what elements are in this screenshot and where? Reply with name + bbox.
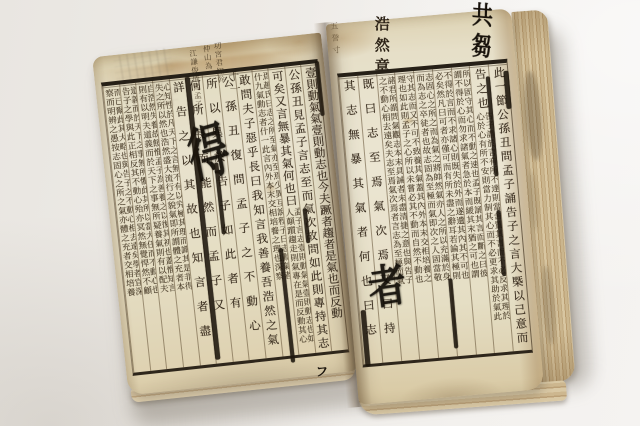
book: 㓛宮君知幹 仲山為 江謙俊儀問孟子 十一 壹則動氣氣壹則動志也今夫蹶者趨者是氣也…	[87, 0, 590, 426]
ink-bleed-smudge	[540, 265, 558, 346]
left-text-block: 壹則動氣氣壹則動志也今夫蹶者趨者是氣也而反動公孫丑見孟子言志至而氣次故問如此則專…	[101, 59, 350, 376]
ink-bleed-smudge	[522, 70, 545, 161]
margin-note: 仲山為	[202, 45, 212, 71]
handwritten-overlay-character: 得	[180, 118, 230, 186]
photo-backdrop: 㓛宮君知幹 仲山為 江謙俊儀問孟子 十一 壹則動氣氣壹則動志也今夫蹶者趨者是氣也…	[0, 0, 640, 426]
right-page: 五誉寸 浩然章 共芻 此一節公孫丑問孟子誦告子之言大槩以己意而告之也告子謂於言有…	[326, 8, 545, 405]
fore-edge-inscription: 共芻	[470, 1, 493, 65]
handwritten-overlay-character: 者	[362, 260, 405, 310]
left-page: 㓛宮君知幹 仲山為 江謙俊儀問孟子 十一 壹則動氣氣壹則動志也今夫蹶者趨者是氣也…	[92, 33, 357, 396]
margin-note-small: 五誉寸	[329, 21, 340, 58]
margin-hook-mark: フ	[313, 364, 326, 377]
